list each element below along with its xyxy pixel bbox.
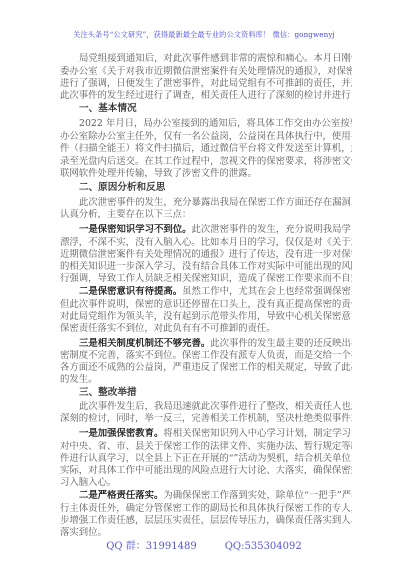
rectify-line: 此次事件发生后，我局迅速就此次事件进行了整改，相关责任人也进行了 (79, 401, 352, 413)
contact-footer: QQ 群：31991489QQ:535304092 (0, 537, 408, 552)
measure1-line: 对中央、省、市、县关于保密工作的法律文件、实施办法、暂行规定等制度文 (60, 441, 352, 453)
basic-line: 办公室除办公室主任外，仅有一名公益岗，公益岗在具体执行中，使用手机软 (60, 131, 352, 143)
section-heading-rectify: 三、整改举措 (79, 387, 137, 399)
promo-banner: 关注头条号“公文研究”，获得最新最全最专业的公文资料库！ 微信：gongweny… (0, 30, 408, 40)
intro-line: 此次事件的发生经过进行了调查，相关责任人进行了深刻的检讨并进行了整改。 (60, 90, 352, 102)
measure2-line: 步增强工作责任感，层层压实责任，层层传导压力，确保责任落实到人、任务 (60, 515, 352, 527)
point3-line: 的发生。 (60, 374, 352, 386)
point1-line: 近期微信泄密案件有关处理情况的通报》进行了传达，没有进一步对保密工作 (60, 249, 352, 261)
point1-first-line: 一是保密知识学习不到位。此次泄密事件的发生，充分说明我局学习作风 (79, 224, 352, 236)
measure1-line: 习入脑入心。 (60, 477, 352, 489)
point2-line: 但此次事件说明，保密的意识还停留在口头上，没有真正提高保密的责任意识。 (60, 299, 352, 311)
measure2-first-line: 二是严格责任落实。为确保保密工作落到实处，除单位“一把手”严格履 (79, 490, 352, 502)
qq-group-number: QQ 群：31991489 (106, 537, 196, 552)
section-heading-basic: 一、基本情况 (79, 103, 137, 115)
point2-line: 对此局党组作为领头羊，没有起到示范带头作用，导致中心机关保密意识不强， (60, 311, 352, 323)
document-page: 关注头条号“公文研究”，获得最新最全最专业的公文资料库！ 微信：gongweny… (0, 0, 408, 580)
point3-first-line: 三是相关制度机制还不够完善。此次事件的发生最主要的还反映出相关保 (79, 338, 352, 350)
qq-number: QQ:535304092 (225, 541, 302, 552)
measure1-lead: 一是加强保密教育。 (79, 428, 163, 439)
analysis-line: 此次泄密事件的发生，充分暴露出我局在保密工作方面还存在漏洞，经过 (79, 197, 352, 209)
point2-lead: 二是保密意识有待提高。 (79, 286, 182, 297)
point3-lead: 三是相关制度机制还不够完善。 (79, 338, 210, 349)
point1-line: 的相关知识进一步深入学习，没有结合具体工作对实际中可能出现的风险点进 (60, 261, 352, 273)
basic-line: 件（扫描全能王）将文件扫描后，通过微信平台将文件发送至计算机，然后刻 (60, 143, 352, 155)
intro-line: 局党组接到通知后，对此次事件感到非常的震惊和痛心。本月日刚学习了 (79, 53, 352, 65)
point1-line: 漂浮，不深不实，没有入脑入心。比如本月日的学习，仅仅是对《关于对我市 (60, 237, 352, 249)
basic-line: 录至光盘内后送交。在其工作过程中，忽视文件的保密要求，将涉密文件通过 (60, 156, 352, 168)
point1-lead: 一是保密知识学习不到位。 (79, 224, 192, 235)
point1-line: 行强调，导致工作人员缺乏相关保密知识，造成了保密工作要求而不自知。 (60, 273, 352, 285)
analysis-line: 认真分析，主要存在以下三点： (60, 209, 352, 221)
point3-line: 密制度不完善，落实不到位。保密工作没有派专人负责，而是交给一个在业务 (60, 350, 352, 362)
measure2-line: 行主体责任外，确定分管保密工作的副局长和具体执行保密工作的专人，进一 (60, 503, 352, 515)
intro-line: 委办公室《关于对我市近期微信泄密案件有关处理情况的通报》，对保密工作 (60, 66, 352, 78)
basic-line: 联网软件处理并传输，导致了涉密文件的泄露。 (60, 168, 352, 180)
point2-first-line: 二是保密意识有待提高。虽然工作中，尤其在会上也经常强调保密要求， (79, 286, 352, 298)
intro-line: 进行了强调，日便发生了泄密事件，对此局党组有不可推卸的责任，并迅速对 (60, 78, 352, 90)
measure1-line: 实际，对具体工作中可能出现的风险点进行大讨论、大落实，确保保密知识学 (60, 465, 352, 477)
section-heading-analysis: 二、原因分析和反思 (79, 182, 165, 194)
measure1-line: 件进行认真学习，以全县上下正在开展的“”活动为契机，结合机关单位工作 (60, 453, 352, 465)
point3-line: 各方面还不成熟的公益岗，严重违反了保密工作的相关规定，导致了此次事件 (60, 362, 352, 374)
measure2-lead: 二是严格责任落实。 (79, 490, 163, 501)
basic-line: 2022 年月日，局办公室接到的通知后，将具体工作交由办公室按要求办理。 (79, 118, 352, 130)
measure1-first-line: 一是加强保密教育。将相关保密知识列入中心学习计划，制定学习计划表， (79, 428, 352, 440)
rectify-line: 深刻的检讨，同时，举一反三，完善相关工作机制，坚决杜绝类似事件发生。 (60, 413, 352, 425)
point2-line: 保密责任落实不到位，对此负有有不可推卸的责任。 (60, 323, 352, 335)
